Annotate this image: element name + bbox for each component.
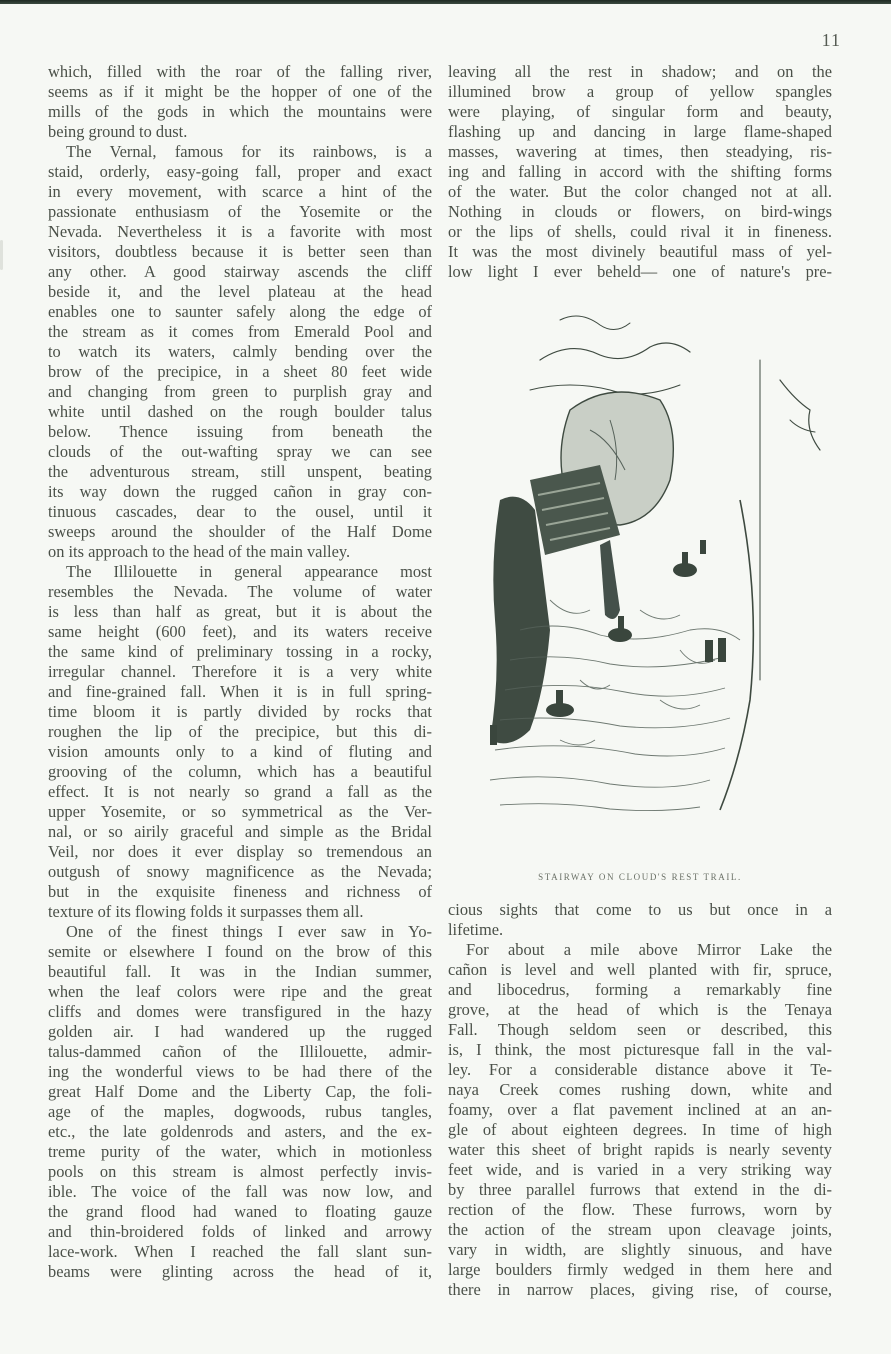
text-line: The Vernal, famous for its rainbows, is … [48,142,432,162]
text-line: semite or elsewhere I found on the brow … [48,942,432,962]
text-line: of the water. But the color changed not … [448,182,832,202]
text-line: being ground to dust. [48,122,432,142]
text-line: effect. It is not nearly so grand a fall… [48,782,432,802]
text-line: and libocedrus, forming a remarkably fin… [448,980,832,1000]
text-line: vision amounts only to a kind of fluting… [48,742,432,762]
text-line: upper Yosemite, or so symmetrical as the… [48,802,432,822]
text-line: gle of about eighteen degrees. In time o… [448,1120,832,1140]
text-line: mills of the gods in which the mountains… [48,102,432,122]
text-line: ing and falling in accord with the shift… [448,162,832,182]
text-line: One of the finest things I ever saw in Y… [48,922,432,942]
text-line: cañon is level and well planted with fir… [448,960,832,980]
text-line: The Illilouette in general appearance mo… [48,562,432,582]
text-line: ible. The voice of the fall was now low,… [48,1182,432,1202]
scan-top-edge [0,0,891,4]
text-line: flashing up and dancing in large flame-s… [448,122,832,142]
text-line: which, filled with the roar of the falli… [48,62,432,82]
text-line: For about a mile above Mirror Lake the [448,940,832,960]
text-line: and fine-grained fall. When it is in ful… [48,682,432,702]
text-line: talus-dammed cañon of the Illilouette, a… [48,1042,432,1062]
text-line: passionate enthusiasm of the Yosemite or… [48,202,432,222]
text-line: is less than half as great, but it is ab… [48,602,432,622]
text-line: lace-work. When I reached the fall slant… [48,1242,432,1262]
text-line: texture of its flowing folds it surpasse… [48,902,432,922]
text-line: leaving all the rest in shadow; and on t… [448,62,832,82]
text-line: large boulders firmly wedged in them her… [448,1260,832,1280]
text-line: low light I ever beheld— one of nature's… [448,262,832,282]
text-line: below. Thence issuing from beneath the [48,422,432,442]
engraving-illustration [460,300,830,852]
text-line: nal, or so airily graceful and simple as… [48,822,432,842]
text-line: Nevada. Nevertheless it is a favorite wi… [48,222,432,242]
text-line: grooving of the column, which has a beau… [48,762,432,782]
text-line: great Half Dome and the Liberty Cap, the… [48,1082,432,1102]
text-line: when the leaf colors were ripe and the g… [48,982,432,1002]
text-line: naya Creek comes rushing down, white and [448,1080,832,1100]
text-line: staid, orderly, easy-going fall, proper … [48,162,432,182]
right-text-column-lower: cious sights that come to us but once in… [448,900,832,1300]
text-line: ing the wonderful views to be had there … [48,1062,432,1082]
text-line: Veil, nor does it ever display so tremen… [48,842,432,862]
text-line: the grand flood had waned to floating ga… [48,1202,432,1222]
text-line: water this sheet of bright rapids is nea… [448,1140,832,1160]
left-text-column: which, filled with the roar of the falli… [48,62,432,1282]
scan-edge-mark [0,240,3,270]
text-line: treme purity of the water, which in moti… [48,1142,432,1162]
text-line: enables one to saunter safely along the … [48,302,432,322]
text-line: there in narrow places, giving rise, of … [448,1280,832,1300]
text-line: and changing from green to purplish gray… [48,382,432,402]
text-line: roughen the lip of the precipice, but th… [48,722,432,742]
text-line: brow of the precipice, in a sheet 80 fee… [48,362,432,382]
text-line: Fall. Though seldom seen or described, t… [448,1020,832,1040]
text-line: or the lips of shells, could rival it in… [448,222,832,242]
text-line: feet wide, and is varied in a very strik… [448,1160,832,1180]
text-line: It was the most divinely beautiful mass … [448,242,832,262]
text-line: its way down the rugged cañon in gray co… [48,482,432,502]
text-line: beams were glinting across the head of i… [48,1262,432,1282]
text-line: in every movement, with scarce a hint of… [48,182,432,202]
text-line: tinuous cascades, dear to the ousel, unt… [48,502,432,522]
text-line: the action of the stream upon cleavage j… [448,1220,832,1240]
text-line: and thin-broidered folds of linked and a… [48,1222,432,1242]
figure-caption: Stairway on Cloud's Rest Trail. [448,872,832,882]
text-line: on its approach to the head of the main … [48,542,432,562]
illustration-stairway-cloud-rest-trail [460,300,830,852]
text-line: beautiful fall. It was in the Indian sum… [48,962,432,982]
text-line: etc., the late goldenrods and asters, an… [48,1122,432,1142]
text-line: Nothing in clouds or flowers, on bird-wi… [448,202,832,222]
text-line: golden air. I had wandered up the rugged [48,1022,432,1042]
text-line: the adventurous stream, still unspent, b… [48,462,432,482]
text-line: visitors, doubtless because it is better… [48,242,432,262]
text-line: to watch its waters, calmly bending over… [48,342,432,362]
text-line: age of the maples, dogwoods, rubus tangl… [48,1102,432,1122]
text-line: lifetime. [448,920,832,940]
text-line: the stream as it comes from Emerald Pool… [48,322,432,342]
text-line: pools on this stream is almost perfectly… [48,1162,432,1182]
text-line: rection of the flow. These furrows, worn… [448,1200,832,1220]
text-line: clouds of the out-wafting spray we can s… [48,442,432,462]
text-line: white until dashed on the rough boulder … [48,402,432,422]
text-line: sweeps around the shoulder of the Half D… [48,522,432,542]
text-line: beside it, and the level plateau at the … [48,282,432,302]
text-line: illumined brow a group of yellow spangle… [448,82,832,102]
text-line: time bloom it is partly divided by rocks… [48,702,432,722]
text-line: cliffs and domes were transfigured in th… [48,1002,432,1022]
text-line: any other. A good stairway ascends the c… [48,262,432,282]
text-line: is, I think, the most picturesque fall i… [448,1040,832,1060]
page-number: 11 [822,30,841,51]
text-line: resembles the Nevada. The volume of wate… [48,582,432,602]
right-text-column-upper: leaving all the rest in shadow; and on t… [448,62,832,282]
text-line: grove, at the head of which is the Tenay… [448,1000,832,1020]
text-line: but in the exquisite fineness and richne… [48,882,432,902]
text-line: foamy, over a flat pavement inclined at … [448,1100,832,1120]
text-line: by three parallel furrows that extend in… [448,1180,832,1200]
text-line: outgush of snowy magnificence as the Nev… [48,862,432,882]
text-line: irregular channel. Therefore it is a ver… [48,662,432,682]
text-line: same height (600 feet), and its waters r… [48,622,432,642]
text-line: seems as if it might be the hopper of on… [48,82,432,102]
text-line: vary in width, are slightly sinuous, and… [448,1240,832,1260]
text-line: masses, wavering at times, then steadyin… [448,142,832,162]
text-line: the same kind of preliminary tossing in … [48,642,432,662]
text-line: ley. For a considerable distance above i… [448,1060,832,1080]
text-line: cious sights that come to us but once in… [448,900,832,920]
text-line: were playing, of singular form and beaut… [448,102,832,122]
